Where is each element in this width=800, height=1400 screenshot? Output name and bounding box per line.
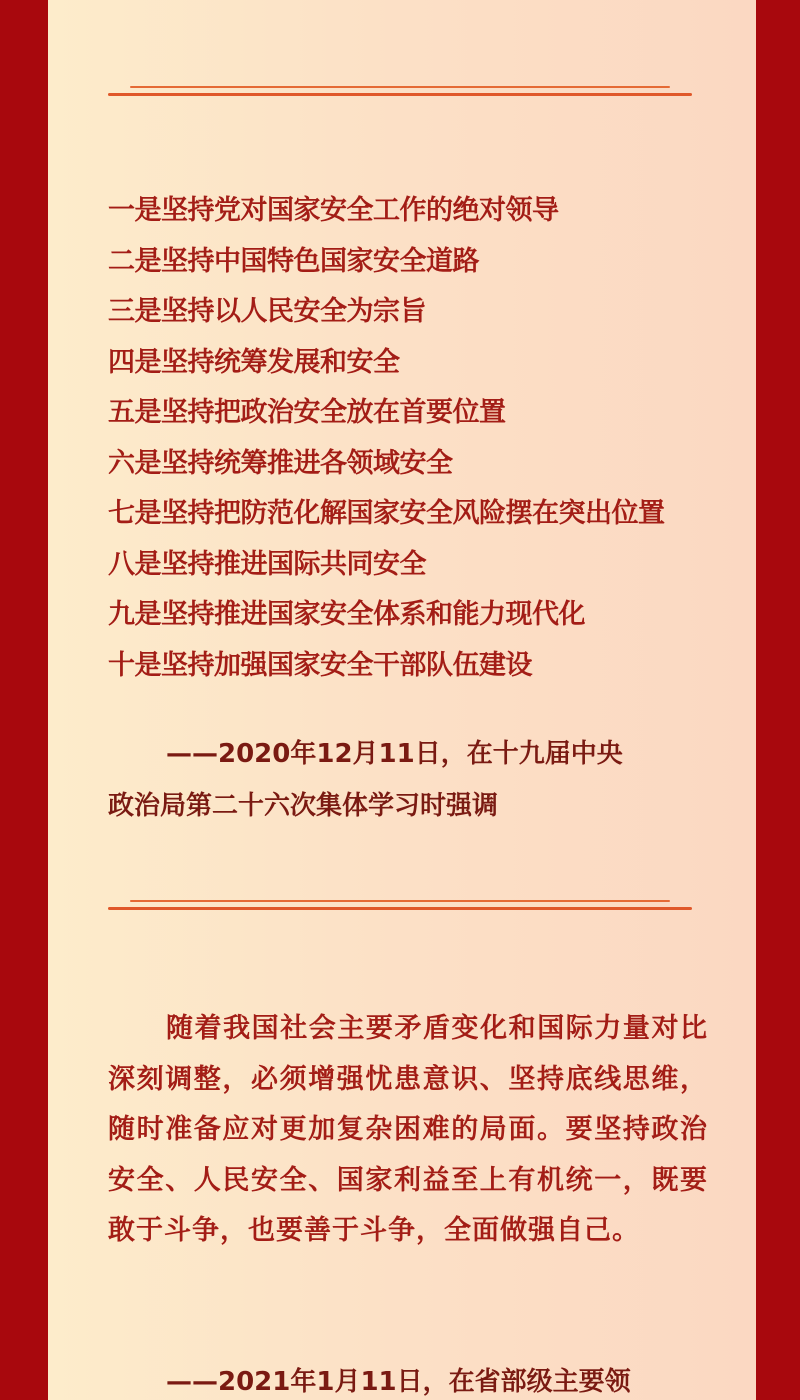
- quote-paragraph: 随着我国社会主要矛盾变化和国际力量对比深刻调整，必须增强忧患意识、坚持底线思维，…: [108, 1004, 708, 1257]
- list-item: 六是坚持统筹推进各领域安全: [108, 439, 665, 490]
- list-item: 二是坚持中国特色国家安全道路: [108, 237, 665, 288]
- attribution-1-line-2: 政治局第二十六次集体学习时强调: [108, 780, 708, 832]
- right-red-border: [756, 0, 800, 1400]
- divider-top: [0, 86, 800, 98]
- divider-thick-line: [108, 907, 692, 910]
- left-red-border: [0, 0, 48, 1400]
- list-item: 十是坚持加强国家安全干部队伍建设: [108, 641, 665, 692]
- list-item: 八是坚持推进国际共同安全: [108, 540, 665, 591]
- list-item: 九是坚持推进国家安全体系和能力现代化: [108, 590, 665, 641]
- list-item: 五是坚持把政治安全放在首要位置: [108, 388, 665, 439]
- list-item: 七是坚持把防范化解国家安全风险摆在突出位置: [108, 489, 665, 540]
- attribution-1-line-1: ——2020年12月11日，在十九届中央: [108, 728, 708, 780]
- attribution-2-line-1: ——2021年1月11日，在省部级主要领: [108, 1356, 708, 1400]
- divider-middle: [0, 900, 800, 912]
- divider-thin-line: [130, 900, 670, 902]
- list-item: 四是坚持统筹发展和安全: [108, 338, 665, 389]
- principles-list: 一是坚持党对国家安全工作的绝对领导 二是坚持中国特色国家安全道路 三是坚持以人民…: [108, 186, 665, 691]
- divider-thick-line: [108, 93, 692, 96]
- divider-thin-line: [130, 86, 670, 88]
- list-item: 一是坚持党对国家安全工作的绝对领导: [108, 186, 665, 237]
- list-item: 三是坚持以人民安全为宗旨: [108, 287, 665, 338]
- attribution-1: ——2020年12月11日，在十九届中央 政治局第二十六次集体学习时强调: [108, 728, 708, 832]
- attribution-2: ——2021年1月11日，在省部级主要领: [108, 1356, 708, 1400]
